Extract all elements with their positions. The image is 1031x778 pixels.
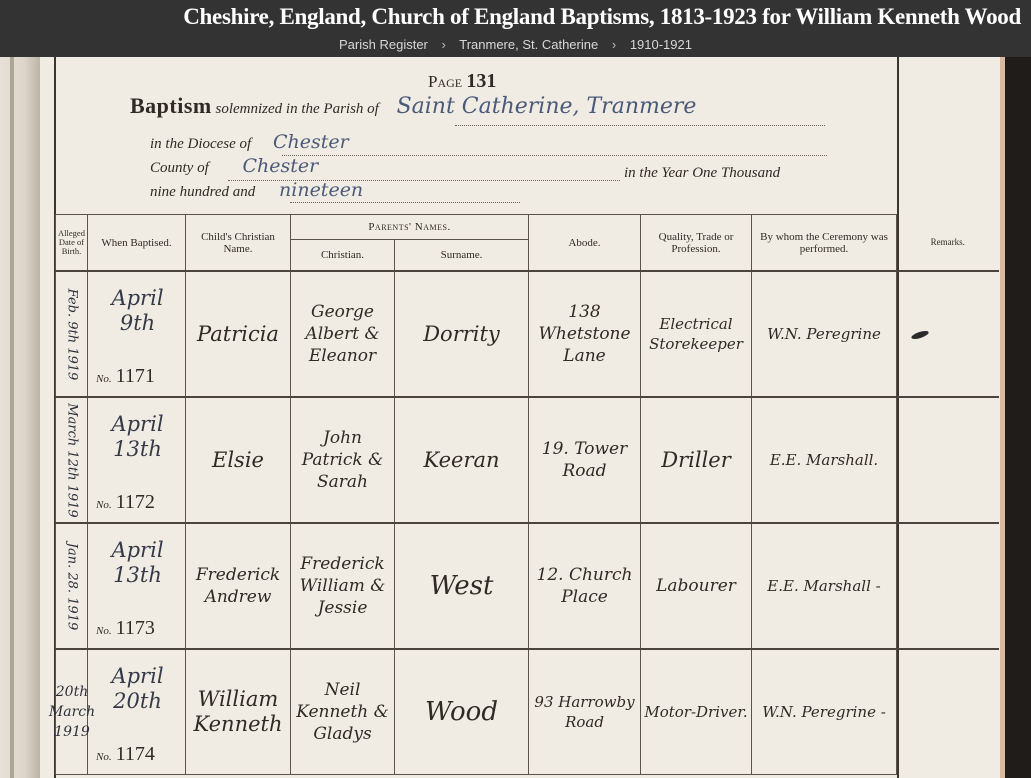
col-header-abode: Abode. bbox=[529, 215, 641, 272]
rule-line bbox=[455, 125, 825, 126]
entry-number: 1172 bbox=[116, 491, 155, 513]
cell-by-whom: W.N. Peregrine - bbox=[752, 649, 897, 775]
col-header-remarks: Remarks. bbox=[897, 215, 999, 272]
cell-abode: 12. Church Place bbox=[529, 523, 641, 649]
cell-child-name: Frederick Andrew bbox=[186, 523, 291, 649]
cell-parents-christian: George Albert & Eleanor bbox=[291, 271, 395, 397]
cell-when: April 9th No.1171 bbox=[88, 271, 186, 397]
cell-abode: 138 Whetstone Lane bbox=[529, 271, 641, 397]
cell-parents-christian: Frederick William & Jessie bbox=[291, 523, 395, 649]
cell-dob: March 12th 1919 bbox=[56, 397, 88, 523]
entry-number: 1174 bbox=[116, 743, 155, 765]
cell-surname: West bbox=[395, 523, 529, 649]
cell-parents-christian: John Patrick & Sarah bbox=[291, 397, 395, 523]
cell-by-whom: W.N. Peregrine bbox=[752, 271, 897, 397]
cell-by-whom: E.E. Marshall. bbox=[752, 397, 897, 523]
table-row-highlighted-entry: 20th March 1919 April 20th No.1174 Willi… bbox=[56, 649, 999, 775]
heading-line-county: County of Chester bbox=[150, 155, 318, 177]
cell-trade: Driller bbox=[641, 397, 752, 523]
cell-abode: 19. Tower Road bbox=[529, 397, 641, 523]
table-row: March 12th 1919 April 13th No.1172 Elsie… bbox=[56, 397, 999, 523]
entry-number: 1171 bbox=[116, 365, 155, 387]
cell-when: April 13th No.1172 bbox=[88, 397, 186, 523]
book-gutter bbox=[10, 57, 14, 778]
cell-dob: Feb. 9th 1919 bbox=[56, 271, 88, 397]
cell-remarks bbox=[897, 397, 999, 523]
chevron-right-icon: › bbox=[612, 37, 616, 52]
col-header-trade: Quality, Trade or Profession. bbox=[641, 215, 752, 272]
cell-trade: Labourer bbox=[641, 523, 752, 649]
record-header: Cheshire, England, Church of England Bap… bbox=[0, 0, 1031, 57]
cell-abode: 93 Harrowby Road bbox=[529, 649, 641, 775]
rule-line bbox=[290, 202, 520, 203]
cell-parents-christian: Neil Kenneth & Gladys bbox=[291, 649, 395, 775]
cell-child-name: William Kenneth bbox=[186, 649, 291, 775]
cell-child-name: Elsie bbox=[186, 397, 291, 523]
breadcrumb-1910-1921[interactable]: 1910-1921 bbox=[630, 37, 692, 52]
rule-line bbox=[282, 155, 827, 156]
col-header-when-baptised: When Baptised. bbox=[88, 215, 186, 272]
year-words: nineteen bbox=[279, 179, 363, 201]
pen-mark-icon bbox=[911, 329, 930, 340]
cell-remarks bbox=[897, 271, 999, 397]
table-row: Jan. 28. 1919 April 13th No.1173 Frederi… bbox=[56, 523, 999, 649]
cell-surname: Dorrity bbox=[395, 271, 529, 397]
breadcrumb: Parish Register › Tranmere, St. Catherin… bbox=[0, 37, 1031, 52]
heading-line-parish: Baptism solemnized in the Parish of Sain… bbox=[130, 93, 696, 119]
breadcrumb-tranmere-st-catherine[interactable]: Tranmere, St. Catherine bbox=[459, 37, 598, 52]
col-header-parents-names: Parents' Names. bbox=[291, 215, 529, 240]
col-header-alleged-dob: Alleged Date of Birth. bbox=[56, 215, 88, 272]
cell-trade: Motor-Driver. bbox=[641, 649, 752, 775]
cell-surname: Wood bbox=[395, 649, 529, 775]
chevron-right-icon: › bbox=[442, 37, 446, 52]
col-header-christian: Christian. bbox=[291, 240, 395, 272]
cell-remarks bbox=[897, 523, 999, 649]
breadcrumb-parish-register[interactable]: Parish Register bbox=[339, 37, 428, 52]
cell-surname: Keeran bbox=[395, 397, 529, 523]
col-header-child-name: Child's Christian Name. bbox=[186, 215, 291, 272]
col-header-by-whom: By whom the Ceremony was performed. bbox=[752, 215, 897, 272]
cell-when: April 13th No.1173 bbox=[88, 523, 186, 649]
baptism-register-table: Alleged Date of Birth. When Baptised. Ch… bbox=[55, 214, 999, 775]
document-image-viewer[interactable]: Page 131 Baptism solemnized in the Paris… bbox=[0, 57, 1031, 778]
county-name: Chester bbox=[243, 155, 319, 177]
cell-when: April 20th No.1174 bbox=[88, 649, 186, 775]
diocese-name: Chester bbox=[273, 131, 349, 153]
cell-by-whom: E.E. Marshall - bbox=[752, 523, 897, 649]
col-header-surname: Surname. bbox=[395, 240, 529, 272]
cell-remarks bbox=[897, 649, 999, 775]
page-number: Page 131 bbox=[428, 70, 496, 93]
cell-dob: 20th March 1919 bbox=[56, 649, 88, 775]
heading-line-year: nine hundred and nineteen bbox=[150, 179, 363, 201]
book-cover-edge bbox=[1005, 57, 1031, 778]
facing-page-edge bbox=[0, 57, 40, 778]
cell-trade: Electrical Storekeeper bbox=[641, 271, 752, 397]
cell-dob: Jan. 28. 1919 bbox=[56, 523, 88, 649]
heading-year-thousand: in the Year One Thousand bbox=[624, 165, 780, 182]
parish-name: Saint Catherine, Tranmere bbox=[397, 94, 697, 119]
table-row: Feb. 9th 1919 April 9th No.1171 Patricia… bbox=[56, 271, 999, 397]
heading-line-diocese: in the Diocese of Chester bbox=[150, 131, 349, 153]
entry-number: 1173 bbox=[116, 617, 155, 639]
record-title: Cheshire, England, Church of England Bap… bbox=[183, 4, 1021, 30]
heading-baptism: Baptism bbox=[130, 93, 212, 118]
cell-child-name: Patricia bbox=[186, 271, 291, 397]
